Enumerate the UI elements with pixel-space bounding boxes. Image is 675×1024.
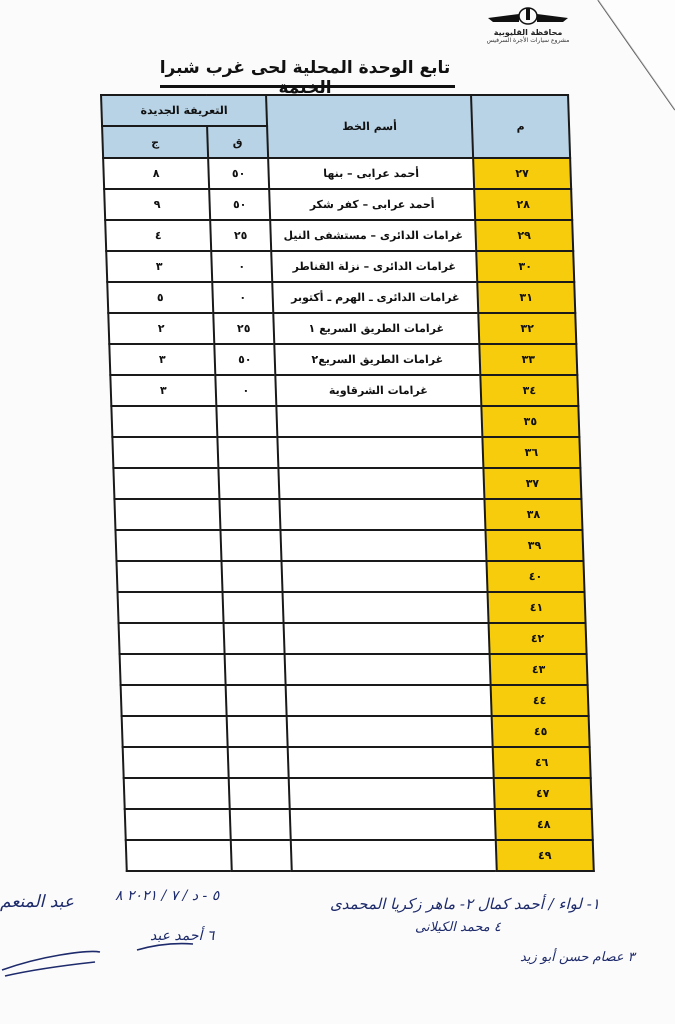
fare-piasters-cell (226, 685, 287, 716)
line-name-cell (286, 685, 492, 716)
row-number: ٣١ (477, 282, 575, 313)
row-number: ٤٦ (493, 747, 591, 778)
line-name-cell: أحمد عرابى – كفر شكر (269, 189, 475, 220)
table-row: ٤٩ (126, 840, 594, 871)
line-name-cell (289, 778, 495, 809)
line-name-cell (276, 406, 482, 437)
row-number: ٣٢ (478, 313, 576, 344)
line-name-cell (277, 437, 483, 468)
row-number: ٤١ (488, 592, 586, 623)
fare-piasters-cell: ٥٠ (209, 189, 270, 220)
line-name-cell (279, 499, 485, 530)
table-row: ٣٢غرامات الطريق السريع ١٢٥٢ (108, 313, 576, 344)
fare-pounds-cell (119, 623, 225, 654)
table-row: ٣٦ (112, 437, 580, 468)
fare-pounds-cell: ٣ (109, 344, 215, 375)
fare-piasters-cell: ٢٥ (213, 313, 274, 344)
fare-piasters-cell: ٢٥ (210, 220, 271, 251)
governorate-logo: محافظة القليوبية مشروع سيارات الأجرة الس… (478, 4, 578, 44)
fare-piasters-cell (229, 778, 290, 809)
table-row: ٣١غرامات الدائرى ـ الهرم ـ أكتوبر٠٥ (107, 282, 575, 313)
line-name-cell: غرامات الدائرى – مستشفى النيل (270, 220, 476, 251)
table-row: ٤٢ (119, 623, 587, 654)
row-number: ٤٨ (495, 809, 593, 840)
table-row: ٣٠غرامات الدائرى – نزلة القناطر٠٣ (106, 251, 574, 282)
line-name-cell (285, 654, 491, 685)
table-row: ٤٥ (122, 716, 590, 747)
table-row: ٤٦ (123, 747, 591, 778)
signature-scribble (0, 940, 110, 980)
line-name-cell: غرامات الدائرى – نزلة القناطر (271, 251, 477, 282)
table-row: ٤٣ (120, 654, 588, 685)
fare-piasters-cell (216, 406, 277, 437)
fare-piasters-cell (230, 809, 291, 840)
row-number: ٢٩ (475, 220, 573, 251)
fare-piasters-cell: ٠ (212, 282, 273, 313)
line-name-cell: غرامات الدائرى ـ الهرم ـ أكتوبر (272, 282, 478, 313)
fare-piasters-cell (228, 747, 289, 778)
table-row: ٢٩غرامات الدائرى – مستشفى النيل٢٥٤ (105, 220, 573, 251)
line-name-cell (288, 747, 494, 778)
row-number: ٢٧ (473, 158, 571, 189)
table-row: ٢٧أحمد عرابى – بنها٥٠٨ (103, 158, 571, 189)
page-title: تابع الوحدة المحلية لحى غرب شبرا الخيمة (155, 58, 455, 98)
line-name-cell: غرامات الشرقاوية (275, 375, 481, 406)
fare-pounds-cell: ٢ (108, 313, 214, 344)
fare-pounds-cell (122, 716, 228, 747)
fare-piasters-cell: ٥٠ (208, 158, 269, 189)
logo-project-name: مشروع سيارات الأجرة السرفيس (478, 37, 578, 44)
fare-pounds-cell: ٩ (104, 189, 210, 220)
table-row: ٣٩ (115, 530, 583, 561)
row-number: ٤٤ (491, 685, 589, 716)
fare-pounds-cell (116, 561, 222, 592)
line-name-cell (281, 561, 487, 592)
row-number: ٣٧ (483, 468, 581, 499)
table-row: ٤٧ (124, 778, 592, 809)
fare-piasters-cell (220, 530, 281, 561)
row-number: ٤٢ (489, 623, 587, 654)
fare-piasters-cell (227, 716, 288, 747)
fare-pounds-cell (121, 685, 227, 716)
table-row: ٤٨ (125, 809, 593, 840)
table-row: ٢٨أحمد عرابى – كفر شكر٥٠٩ (104, 189, 572, 220)
fare-pounds-cell: ٨ (103, 158, 209, 189)
title-underline (160, 85, 455, 88)
signature-committee-line2: ٤ محمد الكيلانى (415, 920, 501, 935)
row-number: ٣٤ (480, 375, 578, 406)
fare-pounds-cell: ٣ (110, 375, 216, 406)
row-number: ٣٣ (479, 344, 577, 375)
signature-committee-line1: ١- لواء / أحمد كمال ٢- ماهر زكريا المحمد… (330, 895, 600, 913)
row-number: ٣٦ (482, 437, 580, 468)
table-row: ٣٧ (113, 468, 581, 499)
signature-far-left: عبد المنعم (0, 892, 74, 912)
line-name-cell (287, 716, 493, 747)
fare-piasters-cell (225, 654, 286, 685)
row-number: ٤٣ (490, 654, 588, 685)
column-header-pounds: ج (102, 126, 208, 158)
fare-pounds-cell (118, 592, 224, 623)
row-number: ٣٩ (485, 530, 583, 561)
table-row: ٤١ (118, 592, 586, 623)
row-number: ٣٠ (476, 251, 574, 282)
column-header-number: م (471, 95, 570, 158)
fare-pounds-cell (125, 809, 231, 840)
fare-pounds-cell: ٣ (106, 251, 212, 282)
table-row: ٣٥ (111, 406, 579, 437)
column-header-line-name: أسم الخط (266, 95, 473, 158)
line-name-cell (283, 592, 489, 623)
line-name-cell: أحمد عرابى – بنها (268, 158, 474, 189)
row-number: ٤٥ (492, 716, 590, 747)
table-row: ٤٠ (116, 561, 584, 592)
fare-piasters-cell: ٥٠ (214, 344, 275, 375)
fare-pounds-cell (124, 778, 230, 809)
line-name-cell: غرامات الطريق السريع٢ (274, 344, 480, 375)
signature-committee-line3: ٣ عصام حسن أبو زيد (520, 950, 635, 965)
fare-piasters-cell (218, 468, 279, 499)
logo-governorate-name: محافظة القليوبية (478, 28, 578, 37)
fare-pounds-cell: ٤ (105, 220, 211, 251)
fare-piasters-cell (217, 437, 278, 468)
line-name-cell (280, 530, 486, 561)
fare-pounds-cell (115, 530, 221, 561)
row-number: ٢٨ (474, 189, 572, 220)
row-number: ٤٧ (494, 778, 592, 809)
fare-pounds-cell (114, 499, 220, 530)
fare-pounds-cell (112, 437, 218, 468)
table-row: ٣٣غرامات الطريق السريع٢٥٠٣ (109, 344, 577, 375)
fare-pounds-cell (120, 654, 226, 685)
row-number: ٤٠ (486, 561, 584, 592)
row-number: ٣٨ (484, 499, 582, 530)
table-row: ٣٨ (114, 499, 582, 530)
fare-pounds-cell (126, 840, 232, 871)
row-number: ٣٥ (481, 406, 579, 437)
line-name-cell: غرامات الطريق السريع ١ (273, 313, 479, 344)
fare-pounds-cell: ٥ (107, 282, 213, 313)
fare-piasters-cell (219, 499, 280, 530)
row-number: ٤٩ (496, 840, 594, 871)
table-row: ٤٤ (121, 685, 589, 716)
fare-piasters-cell (224, 623, 285, 654)
line-name-cell (291, 840, 497, 871)
fare-piasters-cell: ٠ (211, 251, 272, 282)
line-name-cell (290, 809, 496, 840)
winged-emblem-icon (483, 4, 573, 28)
fare-pounds-cell (113, 468, 219, 499)
column-header-piasters: ق (207, 126, 268, 158)
line-name-cell (278, 468, 484, 499)
fare-pounds-cell (111, 406, 217, 437)
fare-piasters-cell (231, 840, 292, 871)
fare-table-container: م أسم الخط التعريفة الجديدة ق ج ٢٧أحمد ع… (100, 94, 595, 872)
fare-pounds-cell (123, 747, 229, 778)
fare-table: م أسم الخط التعريفة الجديدة ق ج ٢٧أحمد ع… (100, 94, 595, 872)
table-row: ٣٤غرامات الشرقاوية٠٣ (110, 375, 578, 406)
fare-piasters-cell (223, 592, 284, 623)
signature-underline (135, 938, 195, 958)
line-name-cell (284, 623, 490, 654)
fare-piasters-cell: ٠ (215, 375, 276, 406)
signature-date-line: ٥ - د / ٧ / ٢٠٢١ ٨ (115, 888, 219, 904)
column-header-new-fare: التعريفة الجديدة (101, 95, 267, 126)
fare-piasters-cell (221, 561, 282, 592)
